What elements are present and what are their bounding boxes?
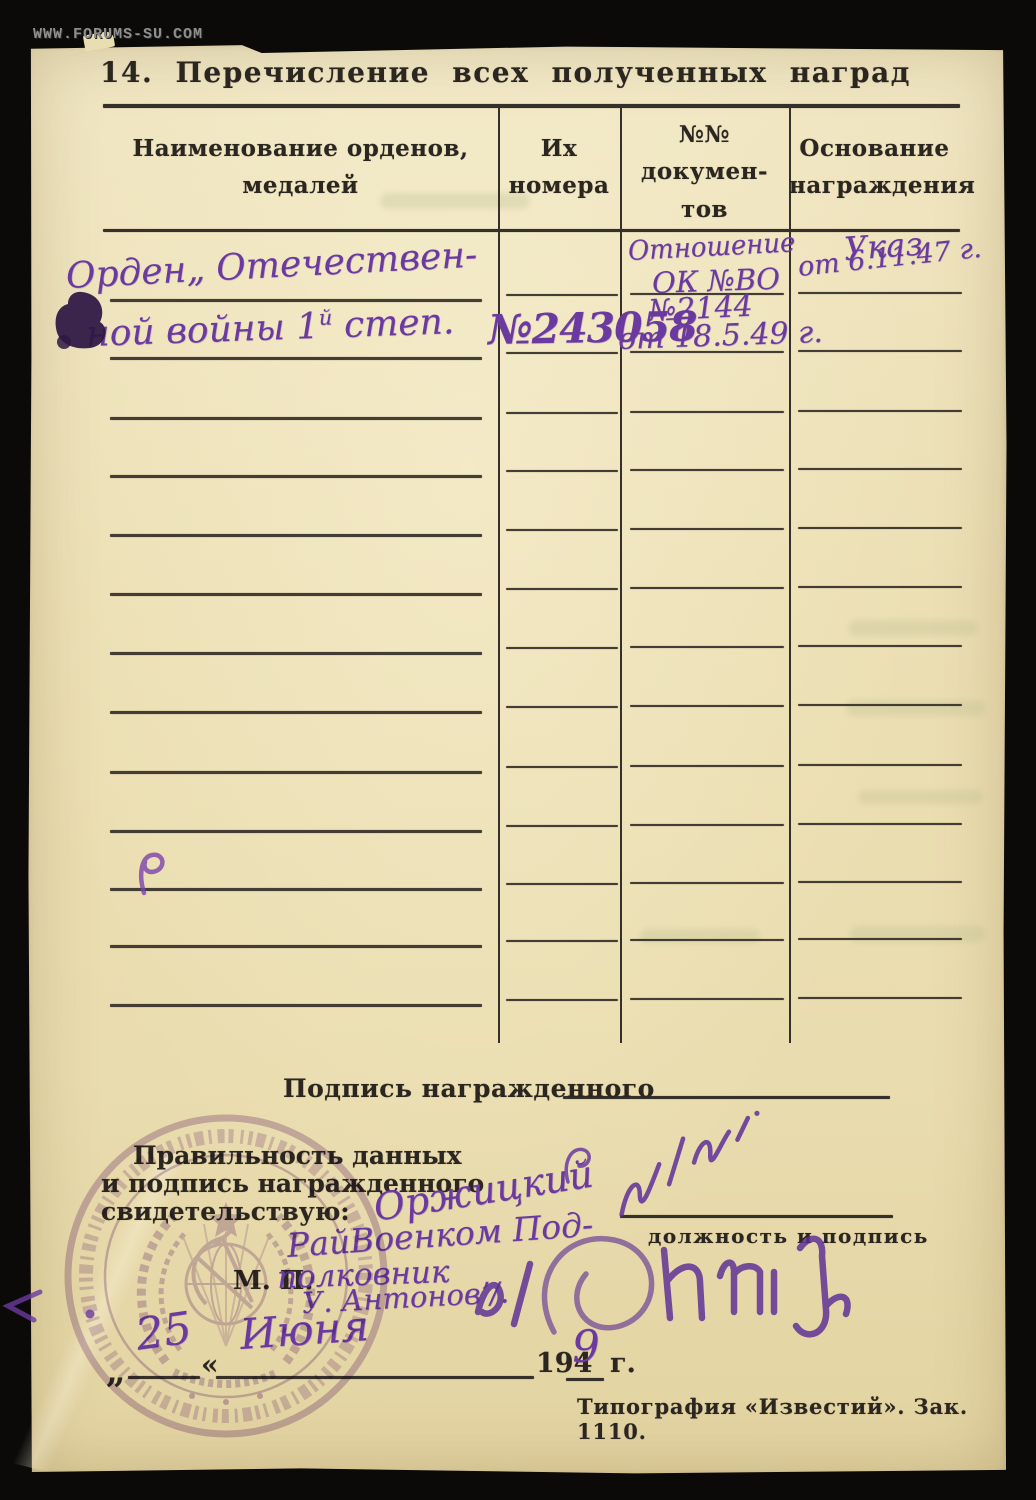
table-rule-line bbox=[506, 588, 618, 590]
table-rule-line bbox=[506, 999, 618, 1001]
table-rule-line bbox=[630, 882, 784, 884]
table-rule-line bbox=[110, 475, 482, 478]
table-rule-line bbox=[506, 470, 618, 472]
official-signature-ink bbox=[468, 1214, 888, 1346]
table-header-numbers: Их номера bbox=[498, 130, 620, 205]
ink-bleed-through bbox=[858, 790, 983, 804]
table-rule-line bbox=[798, 704, 962, 706]
margin-pen-marks bbox=[0, 1286, 110, 1330]
table-top-border bbox=[103, 104, 960, 108]
table-rule-line bbox=[110, 534, 482, 537]
forum-watermark: WWW.FORUMS-SU.COM bbox=[33, 26, 203, 43]
table-rule-line bbox=[798, 527, 962, 529]
round-stamp bbox=[56, 1106, 396, 1446]
table-rule-line bbox=[110, 417, 482, 420]
table-header-border bbox=[103, 229, 960, 232]
table-header-documents: №№ докумен- тов bbox=[620, 116, 789, 228]
table-rule-line bbox=[798, 997, 962, 999]
table-rule-line bbox=[110, 357, 482, 360]
table-rule-line bbox=[798, 645, 962, 647]
printer-imprint: Типография «Известий». Зак. 1110. bbox=[577, 1394, 1036, 1444]
table-rule-line bbox=[798, 938, 962, 940]
table-rule-line bbox=[630, 469, 784, 471]
table-rule-line bbox=[630, 765, 784, 767]
award-name-line2-text: степ. bbox=[332, 301, 455, 346]
table-rule-line bbox=[110, 593, 482, 596]
table-rule-line bbox=[630, 411, 784, 413]
table-rule-line bbox=[506, 766, 618, 768]
table-rule-line bbox=[798, 468, 962, 470]
table-rule-line bbox=[798, 586, 962, 588]
table-rule-line bbox=[110, 1004, 482, 1007]
table-rule-line bbox=[798, 292, 962, 294]
table-rule-line bbox=[506, 940, 618, 942]
table-rule-line bbox=[506, 529, 618, 531]
table-rule-line bbox=[110, 945, 482, 948]
table-rule-line bbox=[630, 587, 784, 589]
table-rule-line bbox=[798, 823, 962, 825]
table-rule-line bbox=[110, 711, 482, 714]
table-rule-line bbox=[798, 350, 962, 352]
year-suffix: г. bbox=[610, 1348, 636, 1379]
section-title: 14. Перечисление всех полученных наград bbox=[100, 56, 911, 89]
table-rule-line bbox=[506, 412, 618, 414]
table-rule-line bbox=[506, 706, 618, 708]
table-rule-line bbox=[506, 825, 618, 827]
table-rule-line bbox=[630, 824, 784, 826]
table-rule-line bbox=[630, 939, 784, 941]
table-header-basis: Основание награждения bbox=[789, 130, 960, 205]
pen-flourish bbox=[556, 1136, 598, 1188]
table-rule-line bbox=[110, 652, 482, 655]
table-rule-line bbox=[798, 410, 962, 412]
table-column-divider bbox=[620, 106, 622, 1043]
pen-mark bbox=[128, 845, 180, 897]
table-rule-line bbox=[506, 647, 618, 649]
table-rule-line bbox=[630, 646, 784, 648]
table-rule-line bbox=[110, 771, 482, 774]
handwritten-doc-word4: от 18.5.49 г. bbox=[617, 315, 823, 357]
ink-bleed-through bbox=[848, 620, 978, 636]
table-rule-line bbox=[110, 830, 482, 833]
scanned-award-document-page: WWW.FORUMS-SU.COM 14. Перечисление всех … bbox=[0, 0, 1036, 1500]
ink-bleed-through bbox=[846, 700, 986, 716]
table-rule-line bbox=[506, 883, 618, 885]
table-rule-line bbox=[630, 998, 784, 1000]
table-rule-line bbox=[506, 294, 618, 296]
ink-blot bbox=[44, 284, 124, 364]
table-rule-line bbox=[630, 705, 784, 707]
table-rule-line bbox=[798, 881, 962, 883]
table-header-award-name: Наименование орденов, медалей bbox=[103, 130, 498, 205]
table-column-divider bbox=[498, 106, 500, 1043]
award-name-line2-superscript: й bbox=[318, 305, 332, 329]
awardee-signature-label: Подпись награжденного bbox=[283, 1074, 655, 1103]
table-rule-line bbox=[798, 764, 962, 766]
table-rule-line bbox=[630, 528, 784, 530]
